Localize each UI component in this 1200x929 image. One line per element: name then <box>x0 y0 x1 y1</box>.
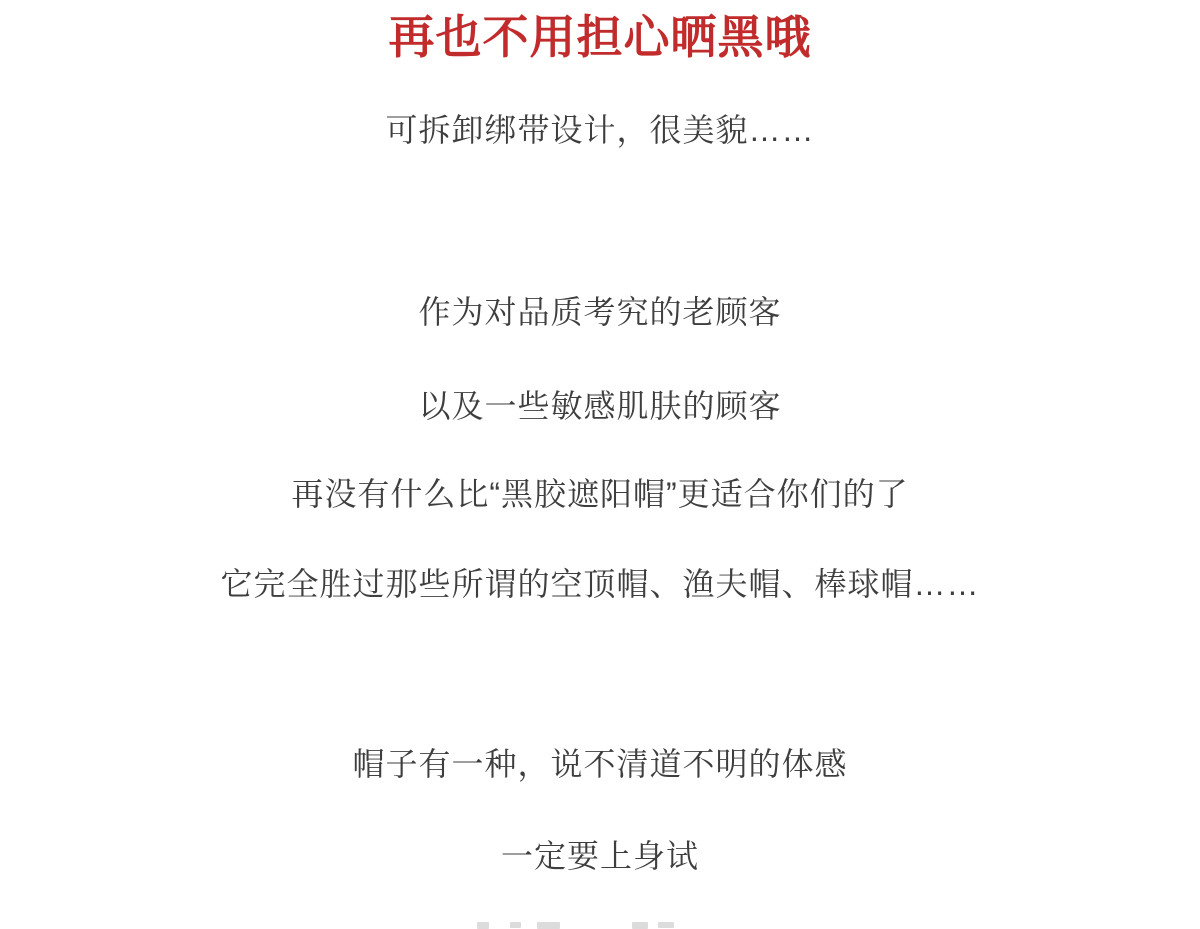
body-line-sensitive-skin: 以及一些敏感肌肤的顾客 <box>0 388 1200 424</box>
clipped-glyph-fragment <box>477 922 489 929</box>
body-line-quality-customers: 作为对品质考究的老顾客 <box>0 294 1200 330</box>
body-line-hat-feeling: 帽子有一种，说不清道不明的体感 <box>0 746 1200 782</box>
body-line-beats-other-hats: 它完全胜过那些所谓的空顶帽、渔夫帽、棒球帽…… <box>0 566 1200 602</box>
clipped-glyph-fragment <box>537 922 560 929</box>
body-line-vinyl-sunhat: 再没有什么比“黑胶遮阳帽”更适合你们的了 <box>0 476 1200 512</box>
clipped-glyph-fragment <box>510 922 521 928</box>
page-title: 再也不用担心晒黑哦 <box>0 12 1200 62</box>
clipped-next-line-remnant <box>0 920 1200 929</box>
clipped-glyph-fragment <box>658 922 674 928</box>
body-line-detachable-strap: 可拆卸绑带设计，很美貌…… <box>0 112 1200 148</box>
clipped-glyph-fragment <box>632 922 648 929</box>
body-line-must-try-on: 一定要上身试 <box>0 838 1200 874</box>
product-description-page: 再也不用担心晒黑哦 可拆卸绑带设计，很美貌…… 作为对品质考究的老顾客 以及一些… <box>0 0 1200 929</box>
